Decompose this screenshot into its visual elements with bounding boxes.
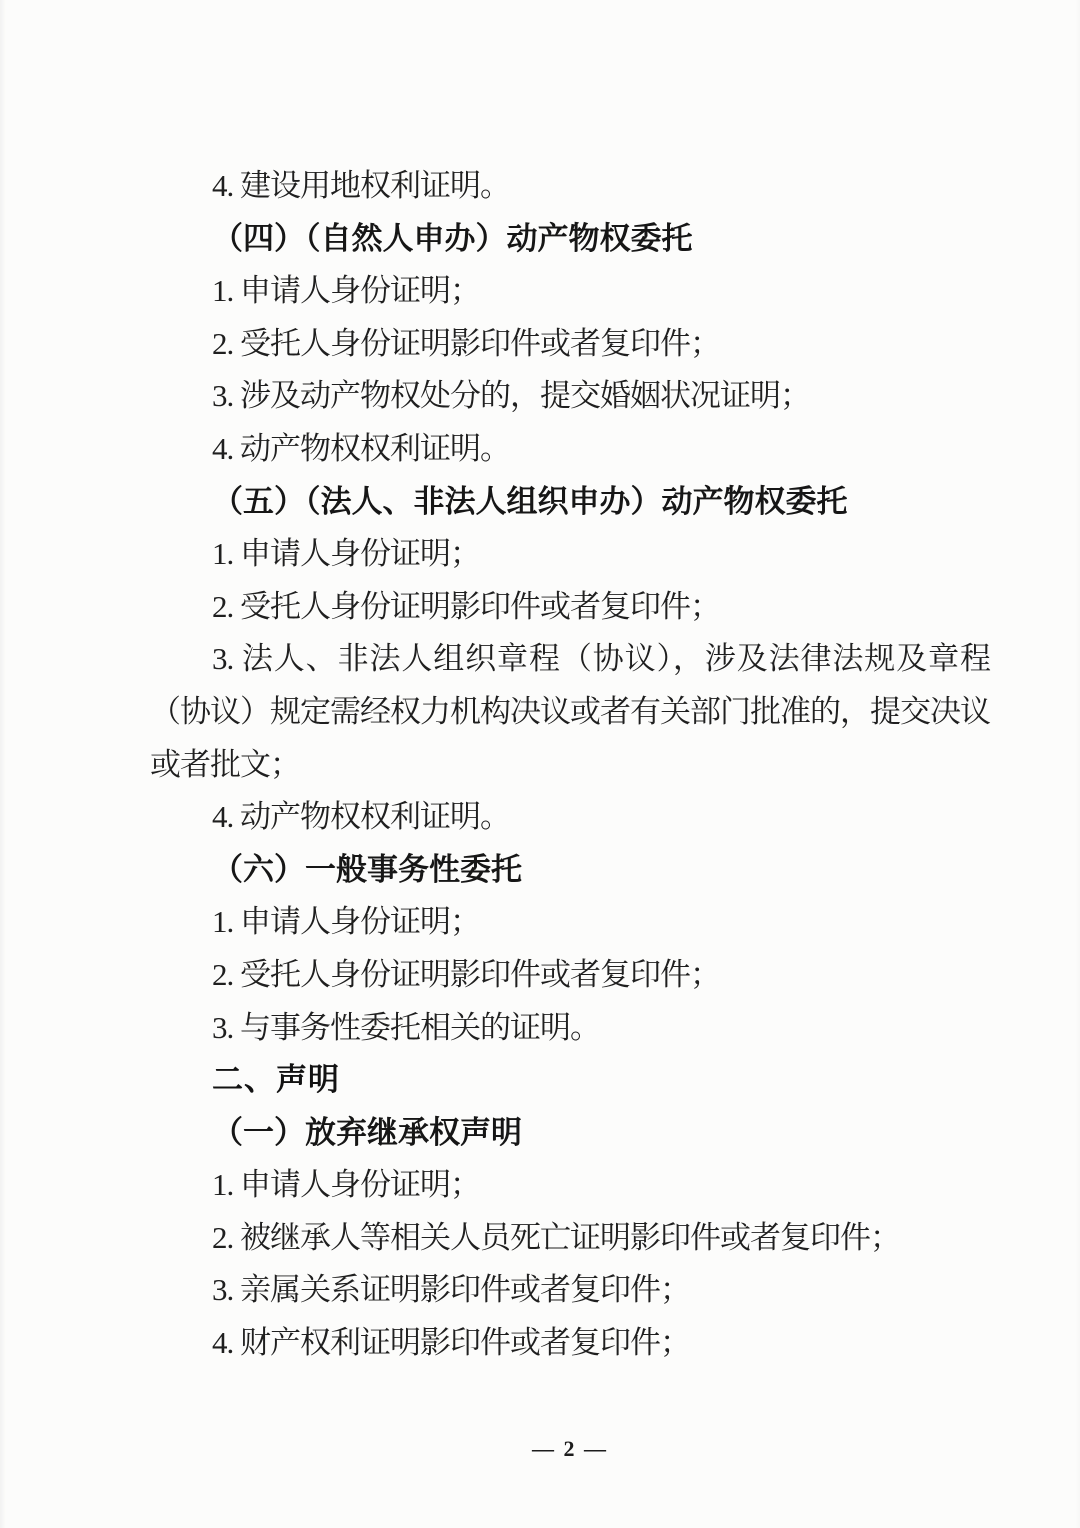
list-item: 3. 亲属关系证明影印件或者复印件； — [150, 1264, 990, 1317]
list-item: 3. 与事务性委托相关的证明。 — [150, 1002, 990, 1055]
list-item: 4. 动产物权权利证明。 — [150, 791, 990, 844]
list-item: 2. 被继承人等相关人员死亡证明影印件或者复印件； — [150, 1212, 990, 1265]
list-item: 4. 财产权利证明影印件或者复印件； — [150, 1317, 990, 1370]
chapter-heading: 二、声明 — [150, 1054, 990, 1107]
list-item: 4. 动产物权权利证明。 — [150, 423, 990, 476]
list-item: 3. 涉及动产物权处分的，提交婚姻状况证明； — [150, 370, 990, 423]
list-item: 4. 建设用地权利证明。 — [150, 160, 990, 213]
section-heading: （五）（法人、非法人组织申办）动产物权委托 — [150, 476, 990, 529]
list-item: 1. 申请人身份证明； — [150, 528, 990, 581]
list-item: 2. 受托人身份证明影印件或者复印件； — [150, 949, 990, 1002]
list-item: 1. 申请人身份证明； — [150, 896, 990, 949]
list-item: 3. 法人、非法人组织章程（协议），涉及法律法规及章程（协议）规定需经权力机构决… — [150, 633, 990, 791]
list-item: 2. 受托人身份证明影印件或者复印件； — [150, 318, 990, 371]
list-item: 1. 申请人身份证明； — [150, 1159, 990, 1212]
list-item: 2. 受托人身份证明影印件或者复印件； — [150, 581, 990, 634]
document-body: 4. 建设用地权利证明。 （四）（自然人申办）动产物权委托 1. 申请人身份证明… — [150, 160, 990, 1370]
page-number: — 2 — — [150, 1436, 990, 1462]
section-heading: （六）一般事务性委托 — [150, 844, 990, 897]
scanned-document-page: { "document": { "paragraphs": [ { "style… — [0, 0, 1080, 1528]
list-item: 1. 申请人身份证明； — [150, 265, 990, 318]
section-heading: （四）（自然人申办）动产物权委托 — [150, 213, 990, 266]
document-page: 4. 建设用地权利证明。 （四）（自然人申办）动产物权委托 1. 申请人身份证明… — [0, 0, 1080, 1528]
section-heading: （一）放弃继承权声明 — [150, 1107, 990, 1160]
